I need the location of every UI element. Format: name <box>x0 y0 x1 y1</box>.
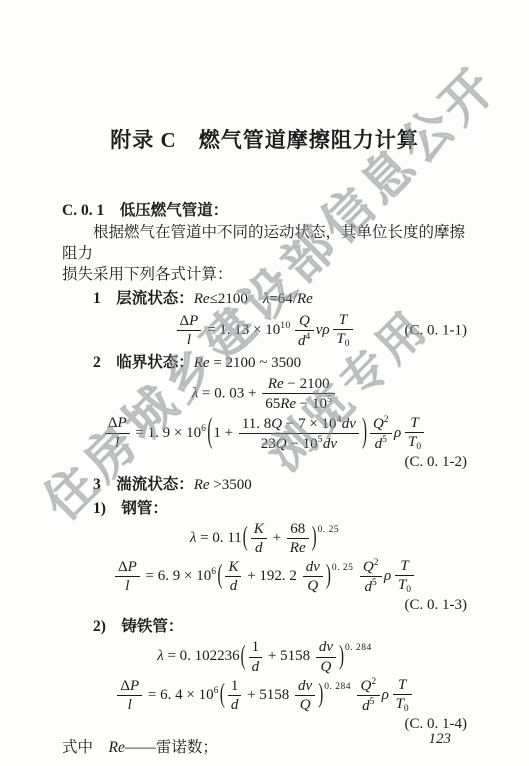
equation-c012-row: ΔPl = 1. 9 × 106(1 + 11. 8Q − 7 × 104dν2… <box>62 415 467 452</box>
list-item-2: 2 临界状态：Re = 2100 ~ 3500 <box>62 352 467 374</box>
lambda-steel-row: λ = 0. 11(Kd + 68Re)0. 25 <box>62 521 467 556</box>
document-page: 住房城乡建设部信息公开 浏览专用 附录 C 燃气管道摩擦阻力计算 C. 0. 1… <box>0 0 529 766</box>
clause-number: C. 0. 1 <box>62 202 104 219</box>
item-label: 临界状态： <box>101 354 194 371</box>
equation-number-c014: (C. 0. 1-4) <box>62 716 467 733</box>
subitem-steel-pipe: 1) 钢管： <box>62 498 467 519</box>
equation-c012: ΔPl = 1. 9 × 106(1 + 11. 8Q − 7 × 104dν2… <box>103 415 426 452</box>
item-label: 层流状态： <box>101 290 194 307</box>
inline-formula-turbulent: Re >3500 <box>194 477 252 493</box>
intro-line-2: 损失采用下列各式计算： <box>62 264 467 285</box>
list-item-3: 3 湍流状态：Re >3500 <box>62 474 467 496</box>
item-number: 2 <box>93 354 101 371</box>
equation-c013: ΔPl = 6. 9 × 106(Kd + 192. 2 dνQ)0. 25Q2… <box>113 558 416 595</box>
item-number: 1 <box>93 290 101 307</box>
equation-c014: ΔPl = 6. 4 × 106(1d + 5158 dνQ)0. 284Q2d… <box>115 677 413 714</box>
subitem-number: 1) <box>93 500 106 517</box>
subitem-label: 钢管： <box>106 500 168 517</box>
item-label: 湍流状态： <box>101 476 194 493</box>
lambda-steel-formula: λ = 0. 11(Kd + 68Re)0. 25 <box>190 521 339 556</box>
equation-number-c012: (C. 0. 1-2) <box>62 454 467 471</box>
appendix-title: 附录 C 燃气管道摩擦阻力计算 <box>62 124 467 154</box>
equation-c013-row: ΔPl = 6. 9 × 106(Kd + 192. 2 dνQ)0. 25Q2… <box>62 558 467 595</box>
lambda-critical-formula: λ = 0. 03 + Re − 210065Re − 105 <box>192 376 337 412</box>
equation-c011-row: ΔPl = 1. 13 × 1010Qd4νρTT0 (C. 0. 1-1) <box>62 312 467 349</box>
inline-formula-laminar: Re≤2100λ=64/Re <box>194 291 313 307</box>
equation-c014-row: ΔPl = 6. 4 × 106(1d + 5158 dνQ)0. 284Q2d… <box>62 677 467 714</box>
lambda-cast-iron-formula: λ = 0. 102236(1d + 5158 dνQ)0. 284 <box>157 639 372 674</box>
symbol-definition-line: 式中 Re——雷诺数； <box>62 737 467 758</box>
equation-c011: ΔPl = 1. 13 × 1010Qd4νρTT0 <box>175 312 355 349</box>
list-item-1: 1 层流状态：Re≤2100λ=64/Re <box>62 288 467 310</box>
lambda-critical-row: λ = 0. 03 + Re − 210065Re − 105 <box>62 376 467 412</box>
inline-formula-critical: Re = 2100 ~ 3500 <box>194 355 301 371</box>
lambda-cast-iron-row: λ = 0. 102236(1d + 5158 dνQ)0. 284 <box>62 639 467 674</box>
clause-heading-row: C. 0. 1 低压燃气管道： <box>62 200 467 222</box>
page-number: 123 <box>429 731 452 748</box>
item-number: 3 <box>93 476 101 493</box>
page-content: 附录 C 燃气管道摩擦阻力计算 C. 0. 1 低压燃气管道： 根据燃气在管道中… <box>62 0 467 758</box>
subitem-label: 铸铁管： <box>106 618 184 635</box>
subitem-cast-iron-pipe: 2) 铸铁管： <box>62 616 467 637</box>
equation-number-c013: (C. 0. 1-3) <box>62 597 467 614</box>
clause-title: 低压燃气管道： <box>104 202 228 219</box>
equation-number-c011: (C. 0. 1-1) <box>405 322 468 339</box>
subitem-number: 2) <box>93 618 106 635</box>
intro-line-1: 根据燃气在管道中不同的运动状态，其单位长度的摩擦阻力 <box>62 222 467 264</box>
